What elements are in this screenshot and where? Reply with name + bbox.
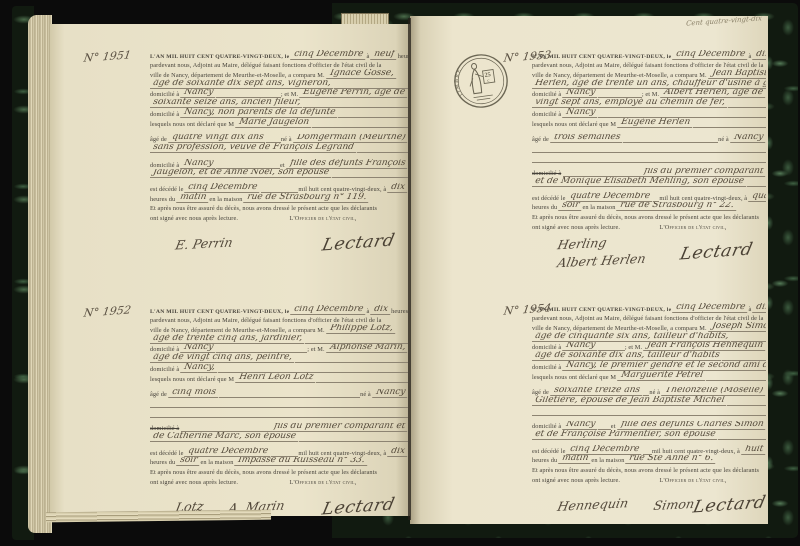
printed-text: en la maison <box>209 196 244 203</box>
form-line <box>150 398 408 408</box>
printed-text: ville de Nancy, département de Meurthe-e… <box>150 72 327 79</box>
ruled-line <box>357 151 408 153</box>
handwritten-text: Albert Herlen, âgé de <box>660 89 766 99</box>
handwritten-text: et de Françoise Parmentier, son épouse <box>532 430 719 440</box>
form-line: Et après nous être assuré du décès, nous… <box>532 211 766 221</box>
printed-text: Et après nous être assuré du décès, nous… <box>532 467 761 474</box>
officer-label: L'Officier de l'état civil, <box>289 216 358 222</box>
handwritten-text: Domgermain (Meurthe) <box>293 134 408 144</box>
printed-text: pardevant nous, Adjoint au Maire, délégu… <box>150 317 384 324</box>
act-body: L'AN MIL HUIT CENT QUATRE-VINGT-DEUX, le… <box>150 50 408 259</box>
form-line: et de Monique Elisabeth Mehling, son épo… <box>532 177 766 187</box>
printed-text: domicilié à <box>532 364 563 371</box>
act-body: L'AN MIL HUIT CENT QUATRE-VINGT-DEUX, le… <box>532 303 766 521</box>
act-record: N° 1953L'AN MIL HUIT CENT QUATRE-VINGT-D… <box>410 50 766 268</box>
printed-text: âgé de <box>532 136 551 143</box>
form-line <box>532 406 766 416</box>
form-line <box>150 408 408 418</box>
form-line: est décédé lequatre Décembremil huit cen… <box>150 447 408 457</box>
ruled-line <box>316 381 408 383</box>
official-signature: Lectard <box>678 239 755 264</box>
printed-text: heures du <box>532 457 559 464</box>
handwritten-text: Nancy <box>730 134 766 144</box>
handwritten-text: âgé de soixante dix sept ans, vigneron, <box>150 79 335 89</box>
act-body: L'AN MIL HUIT CENT QUATRE-VINGT-DEUX, le… <box>532 50 766 268</box>
handwritten-text: cinq Décembre <box>672 303 749 313</box>
handwritten-text: dix <box>753 50 766 60</box>
handwritten-text: Thélonzelle (Moselle) <box>661 387 766 397</box>
handwritten-text: Jean François Hennequin <box>643 342 766 352</box>
ruled-line <box>219 396 360 398</box>
handwritten-text: Nancy <box>180 89 217 99</box>
form-line: domicilié àNancy <box>532 108 766 118</box>
form-line: L'AN MIL HUIT CENT QUATRE-VINGT-DEUX, le… <box>150 50 408 60</box>
form-line: domicilié àNancyetfille des défunts Fran… <box>150 159 408 169</box>
handwritten-text: matin <box>176 193 210 203</box>
form-line: pardevant nous, Adjoint au Maire, délégu… <box>532 313 766 323</box>
handwritten-text: fils du premier comparant et <box>270 423 408 433</box>
printed-text: ville de Nancy, département de Meurthe-e… <box>150 327 327 334</box>
form-line: Et après nous être assuré du décès, nous… <box>150 203 408 213</box>
handwritten-text: Nancy <box>562 108 599 118</box>
form-line: ont signé avec nous après lecture.L'Offi… <box>532 221 766 231</box>
ruled-line <box>338 116 408 118</box>
act-record: N° 1952L'AN MIL HUIT CENT QUATRE-VINGT-D… <box>50 305 408 516</box>
printed-text: domicilié à <box>150 111 181 118</box>
page-stack-edge-bottom <box>46 510 271 523</box>
ruled-line <box>332 176 408 178</box>
printed-text: ont signé avec nous après lecture. <box>150 479 240 486</box>
handwritten-text: soir <box>558 202 583 212</box>
printed-text: âgé de <box>532 389 551 396</box>
printed-text: domicilié à <box>532 91 563 98</box>
form-line: heures dusoiren la maisonrue de Strasbou… <box>532 202 766 212</box>
form-line <box>532 153 766 163</box>
handwritten-text: Nancy <box>372 389 408 399</box>
handwritten-text: Impasse du Ruisseau n° 33. <box>235 457 369 467</box>
handwritten-text: cinq Décembre <box>672 50 749 60</box>
ruled-line <box>747 185 766 187</box>
printed-text: lesquels nous ont déclaré que M <box>150 121 236 128</box>
book-gutter <box>408 18 411 520</box>
printed-text: ont signé avec nous après lecture. <box>532 477 622 484</box>
printed-text: en la maison <box>200 459 235 466</box>
handwritten-text: dix <box>753 303 766 313</box>
handwritten-text: cinq Décembre <box>185 183 262 193</box>
handwritten-text: âgé de vingt cinq ans, peintre, <box>150 353 296 363</box>
handwritten-text: dix <box>387 183 408 193</box>
printed-text: Et après nous être assuré du décès, nous… <box>150 205 379 212</box>
printed-text: pardevant nous, Adjoint au Maire, délégu… <box>150 62 384 69</box>
page-stack-edge-left <box>28 15 52 533</box>
printed-text: domicilié à <box>150 162 181 169</box>
handwritten-text: Nancy, non parents de la défunte <box>180 108 339 118</box>
ruled-line <box>532 161 766 163</box>
printed-text: Et après nous être assuré du décès, nous… <box>532 214 761 221</box>
handwritten-text: Alphonse Marin, <box>326 344 408 354</box>
form-line: est décédé lequatre Décembremil huit cen… <box>532 192 766 202</box>
handwritten-text: Jean Baptiste <box>708 69 766 79</box>
ruled-line <box>706 379 766 381</box>
ruled-line <box>295 361 408 363</box>
printed-text: lesquels nous ont déclaré que M <box>150 376 236 383</box>
handwritten-text: et de Monique Elisabeth Mehling, son épo… <box>532 177 748 187</box>
printed-text: domicilié à <box>532 423 563 430</box>
ruled-line <box>718 438 766 440</box>
officer-label: L'Officier de l'état civil, <box>659 225 728 231</box>
act-record: N° 1954L'AN MIL HUIT CENT QUATRE-VINGT-D… <box>410 303 766 521</box>
handwritten-text: soir <box>176 457 201 467</box>
form-line: âgé de cinquante six ans, tailleur d'hab… <box>532 332 766 342</box>
form-line: âgé de vingt cinq ans, peintre, <box>150 353 408 363</box>
act-record: N° 1951L'AN MIL HUIT CENT QUATRE-VINGT-D… <box>50 50 408 259</box>
handwritten-text: Giletière, épouse de Jean Baptiste Miche… <box>532 396 728 406</box>
printed-text: pardevant nous, Adjoint au Maire, délégu… <box>532 62 766 69</box>
signature-row: HerlingAlbert HerlenLectard <box>532 236 766 268</box>
form-line: de Catherine Marc, son épouse <box>150 432 408 442</box>
declarant-signatures: E. Perrin <box>176 236 232 251</box>
form-line: âgé decinq moisné àNancy <box>150 389 408 399</box>
printed-text: mil huit cent quatre-vingt-deux, à <box>298 186 388 193</box>
signature-row: HennequinSimonLectard <box>532 489 766 521</box>
form-line: ont signé avec nous après lecture.L'Offi… <box>150 212 408 222</box>
handwritten-text: fille des défunts François <box>286 159 408 169</box>
form-line: est décédé lecinq Décembremil huit cent … <box>150 183 408 193</box>
ruled-line <box>312 126 408 128</box>
printed-text: domicilié à <box>150 91 181 98</box>
struck-printed-text: domicilié à <box>532 170 563 177</box>
ruled-line <box>532 414 766 416</box>
signature: Hennequin <box>556 495 630 514</box>
printed-text: heures du <box>391 308 408 315</box>
form-line <box>532 143 766 153</box>
form-line: soixante seize ans, ancien fileur, <box>150 98 408 108</box>
form-line: âgé de soixante dix ans, tailleur d'habi… <box>532 351 766 361</box>
act-number: N° 1951 <box>83 48 132 64</box>
printed-text: né à <box>281 136 294 143</box>
left-page: N° 1951L'AN MIL HUIT CENT QUATRE-VINGT-D… <box>50 24 410 516</box>
official-signature: Lectard <box>320 231 397 256</box>
form-line: âgé dequatre vingt dix ansné àDomgermain… <box>150 134 408 144</box>
handwritten-text: Nancy, le premier gendre et le second am… <box>562 361 766 371</box>
ruled-line <box>693 126 766 128</box>
form-line: domicilié àNancy; et M.Albert Herlen, âg… <box>532 89 766 99</box>
right-page: Cent quatre-vingt-dix TIMBRE 25 c N° 195… <box>410 16 768 524</box>
form-line: domicilié àNancy, le premier gendre et l… <box>532 361 766 371</box>
form-line: lesquels nous ont déclaré que MMarie Jau… <box>150 118 408 128</box>
signature: E. Perrin <box>174 234 234 252</box>
form-line: heures dusoiren la maisonImpasse du Ruis… <box>150 457 408 467</box>
printed-text: âgé de <box>150 136 169 143</box>
form-line: domicilié àfils du premier comparant <box>532 168 766 178</box>
form-line: pardevant nous, Adjoint au Maire, délégu… <box>532 60 766 70</box>
handwritten-text: huit <box>741 445 766 455</box>
printed-text: ; et M. <box>307 346 326 353</box>
form-line: heures dumatinen la maisonrue Ste Anne n… <box>532 455 766 465</box>
ruled-line <box>728 106 766 108</box>
officer-label: L'Officier de l'état civil, <box>289 480 358 486</box>
form-line: domicilié àfils du premier comparant et <box>150 423 408 433</box>
handwritten-text: Joseph Simon <box>708 322 766 332</box>
form-line: domicilié àNancy; et M.Eugène Perrin, âg… <box>150 89 408 99</box>
form-line: pardevant nous, Adjoint au Maire, délégu… <box>150 315 408 325</box>
register-book-photo: N° 1951L'AN MIL HUIT CENT QUATRE-VINGT-D… <box>0 0 800 546</box>
form-line: domicilié àNancy, non parents de la défu… <box>150 108 408 118</box>
form-line: Jaugelon, et de Anne Noël, son épouse <box>150 169 408 179</box>
form-line: domicilié àNancy; et M.Alphonse Marin, <box>150 344 408 354</box>
signature: Herling <box>556 234 608 252</box>
handwritten-text: matin <box>558 455 592 465</box>
form-line: domicilié àNancy, <box>150 363 408 373</box>
printed-text: L'AN MIL HUIT CENT QUATRE-VINGT-DEUX, le <box>150 54 291 60</box>
form-line: ville de Nancy, département de Meurthe-e… <box>532 69 766 79</box>
handwritten-text: Eugène Herlen <box>617 118 694 128</box>
handwritten-text: cinq Décembre <box>290 50 367 60</box>
handwritten-text: Marie Jaugelon <box>235 118 313 128</box>
corner-annotation: Cent quatre-vingt-dix <box>686 16 762 28</box>
handwritten-text: fils du premier comparant <box>640 168 766 178</box>
handwritten-text: Nancy <box>180 159 217 169</box>
handwritten-text: dix <box>371 305 392 315</box>
form-line: âgé desoixante treize ansné àThélonzelle… <box>532 387 766 397</box>
form-line: et de Françoise Parmentier, son épouse <box>532 430 766 440</box>
form-line: Et après nous être assuré du décès, nous… <box>150 466 408 476</box>
form-line: lesquels nous ont déclaré que MEugène He… <box>532 118 766 128</box>
handwritten-text: Jaugelon, et de Anne Noël, son épouse <box>150 169 333 179</box>
printed-text: domicilié à <box>150 366 181 373</box>
form-line: heures dumatinen la maisonrue de Strasbo… <box>150 193 408 203</box>
declarant-signatures: HerlingAlbert Herlen <box>558 236 645 268</box>
handwritten-text: Philippe Lotz, <box>326 324 397 334</box>
printed-text: L'AN MIL HUIT CENT QUATRE-VINGT-DEUX, le <box>150 309 291 315</box>
printed-text: heures du <box>150 459 177 466</box>
ruled-line <box>532 151 766 153</box>
official-signature: Lectard <box>320 494 397 516</box>
handwritten-text: Nancy <box>180 344 217 354</box>
handwritten-text: trois semaines <box>550 134 624 144</box>
handwritten-text: âgé de soixante dix ans, tailleur d'habi… <box>532 351 723 361</box>
printed-text: heures du <box>398 53 408 60</box>
printed-text: mil huit cent quatre-vingt-deux, à <box>298 450 388 457</box>
handwritten-text: quatre <box>748 192 766 202</box>
printed-text: domicilié à <box>532 111 563 118</box>
printed-text: est décédé le <box>150 186 185 193</box>
form-line: Herlen, âgé de trente un ans, chauffeur … <box>532 79 766 89</box>
handwritten-text: de Catherine Marc, son épouse <box>150 432 300 442</box>
printed-text: ville de Nancy, département de Meurthe-e… <box>532 325 709 332</box>
signature-row: E. PerrinLectard <box>150 227 408 259</box>
printed-text: en la maison <box>591 457 626 464</box>
handwritten-text: cinq Décembre <box>567 445 644 455</box>
handwritten-text: neuf <box>371 50 399 60</box>
printed-text: domicilié à <box>150 346 181 353</box>
form-line: L'AN MIL HUIT CENT QUATRE-VINGT-DEUX, le… <box>532 303 766 313</box>
act-number: N° 1952 <box>83 303 132 319</box>
printed-text: ont signé avec nous après lecture. <box>150 215 240 222</box>
printed-text: en la maison <box>582 204 617 211</box>
officer-label: L'Officier de l'état civil, <box>659 478 728 484</box>
printed-text: L'AN MIL HUIT CENT QUATRE-VINGT-DEUX, le <box>532 307 673 313</box>
handwritten-text: Nancy <box>562 342 599 352</box>
handwritten-text: quatre Décembre <box>567 192 655 202</box>
form-line: âgé de trente cinq ans, jardinier, <box>150 334 408 344</box>
printed-text: domicilié à <box>532 344 563 351</box>
ruled-line <box>299 440 408 442</box>
handwritten-text: fille des défunts Charles Simon <box>617 421 766 431</box>
handwritten-text: Nancy <box>562 421 599 431</box>
printed-text: ; et M. <box>281 91 300 98</box>
printed-text: âgé de <box>150 391 169 398</box>
handwritten-text: cinq Décembre <box>290 305 367 315</box>
printed-text: L'AN MIL HUIT CENT QUATRE-VINGT-DEUX, le <box>532 54 673 60</box>
handwritten-text: rue Ste Anne n° 6. <box>626 455 718 465</box>
ruled-line <box>623 141 718 143</box>
form-line: ont signé avec nous après lecture.L'Offi… <box>532 474 766 484</box>
form-line: pardevant nous, Adjoint au Maire, délégu… <box>150 60 408 70</box>
form-line: ville de Nancy, département de Meurthe-e… <box>150 324 408 334</box>
form-line: Giletière, épouse de Jean Baptiste Miche… <box>532 396 766 406</box>
printed-text: Et après nous être assuré du décès, nous… <box>150 469 379 476</box>
printed-text: est décédé le <box>532 195 567 202</box>
handwritten-text: Marguerite Petrel <box>617 371 707 381</box>
form-line: vingt sept ans, employé au chemin de fer… <box>532 98 766 108</box>
handwritten-text: soixante seize ans, ancien fileur, <box>150 98 304 108</box>
form-line: domicilié àNancy; et M.Jean François Hen… <box>532 342 766 352</box>
form-line: lesquels nous ont déclaré que MHenri Léo… <box>150 373 408 383</box>
handwritten-text: quatre vingt dix ans <box>168 134 267 144</box>
handwritten-text: soixante treize ans <box>550 387 644 397</box>
form-line: ont signé avec nous après lecture.L'Offi… <box>150 476 408 486</box>
handwritten-text: Eugène Perrin, âgé de <box>299 89 408 99</box>
form-line: L'AN MIL HUIT CENT QUATRE-VINGT-DEUX, le… <box>532 50 766 60</box>
printed-text: est décédé le <box>532 448 567 455</box>
handwritten-text: rue de Strasbourg n° 22. <box>617 202 738 212</box>
printed-text: lesquels nous ont déclaré que M <box>532 121 618 128</box>
handwritten-text: Henri Léon Lotz <box>235 373 317 383</box>
printed-text: est décédé le <box>150 450 185 457</box>
form-line: Et après nous être assuré du décès, nous… <box>532 464 766 474</box>
printed-text: mil huit cent quatre-vingt-deux, à <box>652 448 742 455</box>
printed-text: ; et M. <box>642 91 661 98</box>
handwritten-text: quatre Décembre <box>185 447 273 457</box>
signature: Albert Herlen <box>556 250 647 267</box>
form-line: âgé de soixante dix sept ans, vigneron, <box>150 79 408 89</box>
form-line: âgé detrois semainesné àNancy <box>532 134 766 144</box>
handwritten-text: âgé de trente cinq ans, jardinier, <box>150 334 306 344</box>
printed-text: mil huit cent quatre-vingt-deux, à <box>659 195 749 202</box>
printed-text: né à <box>718 136 731 143</box>
printed-text: ont signé avec nous après lecture. <box>532 224 622 231</box>
printed-text: né à <box>360 391 373 398</box>
form-line: ville de Nancy, département de Meurthe-e… <box>532 322 766 332</box>
struck-printed-text: domicilié à <box>150 425 181 432</box>
ruled-line <box>727 404 766 406</box>
form-line: ville de Nancy, département de Meurthe-e… <box>150 69 408 79</box>
printed-text: ; et M. <box>625 344 644 351</box>
act-body: L'AN MIL HUIT CENT QUATRE-VINGT-DEUX, le… <box>150 305 408 516</box>
form-line: domicilié àNancyetfille des défunts Char… <box>532 421 766 431</box>
official-signature: Lectard <box>691 492 766 517</box>
handwritten-text: Herlen, âgé de trente un ans, chauffeur … <box>532 79 766 89</box>
handwritten-text: âgé de cinquante six ans, tailleur d'hab… <box>532 332 732 342</box>
form-line: est décédé lecinq Décembremil huit cent … <box>532 445 766 455</box>
form-line: lesquels nous ont déclaré que MMarguerit… <box>532 371 766 381</box>
handwritten-text: dix <box>387 447 408 457</box>
form-line: L'AN MIL HUIT CENT QUATRE-VINGT-DEUX, le… <box>150 305 408 315</box>
printed-text: ville de Nancy, département de Meurthe-e… <box>532 72 709 79</box>
handwritten-text: vingt sept ans, employé au chemin de fer… <box>532 98 729 108</box>
declarant-signatures: HennequinSimon <box>558 497 694 512</box>
handwritten-text: Nancy, <box>180 363 219 373</box>
handwritten-text: Nancy <box>562 89 599 99</box>
handwritten-text: Ignace Gosse, <box>326 69 398 79</box>
printed-text: heures du <box>150 196 177 203</box>
handwritten-text: rue de Strasbourg n° 119. <box>244 193 371 203</box>
printed-text: pardevant nous, Adjoint au Maire, délégu… <box>532 315 766 322</box>
printed-text: lesquels nous ont déclaré que M <box>532 374 618 381</box>
form-line: sans profession, veuve de François Legra… <box>150 143 408 153</box>
ruled-line <box>150 406 408 408</box>
printed-text: heures du <box>532 204 559 211</box>
handwritten-text: cinq mois <box>168 389 220 399</box>
signature: Simon <box>652 496 695 513</box>
ruled-line <box>150 416 408 418</box>
handwritten-text: sans profession, veuve de François Legra… <box>150 143 358 153</box>
